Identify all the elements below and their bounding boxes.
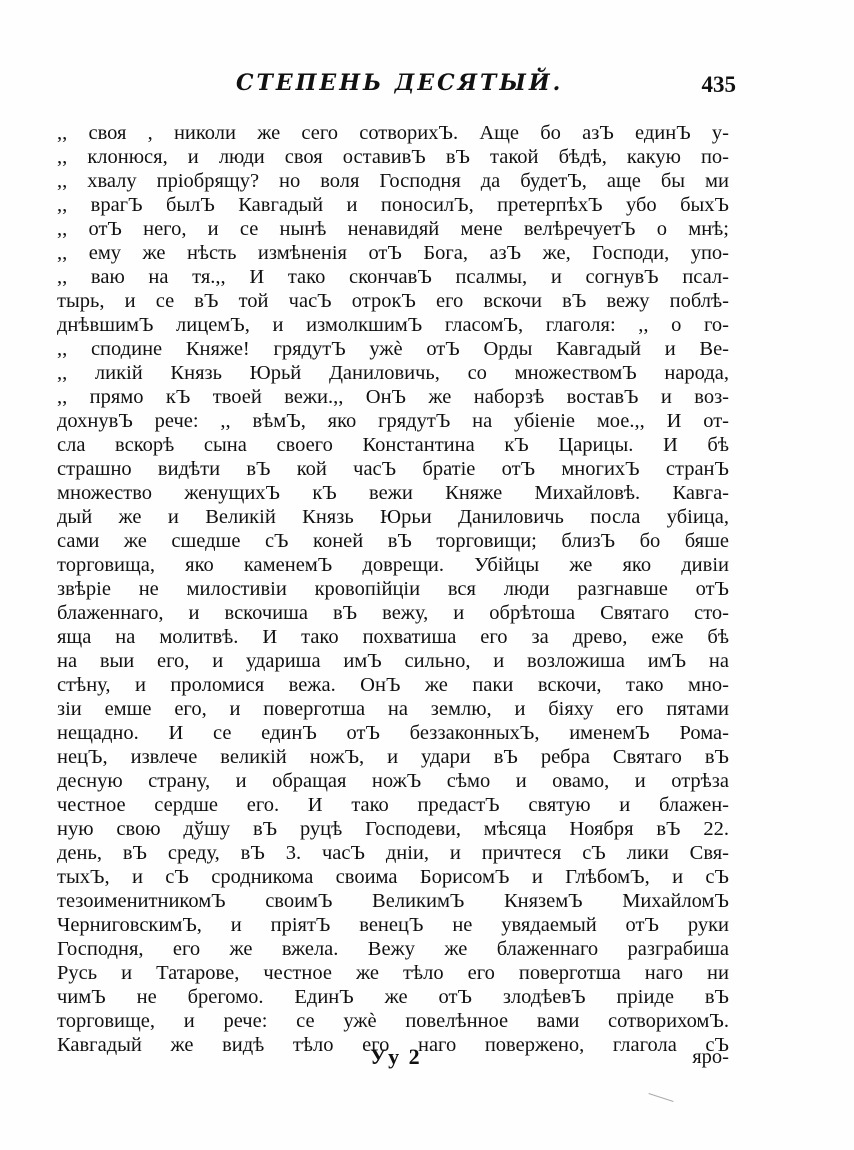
body-text: ,, своя , николи же сего сотворихЪ. Аще … bbox=[57, 121, 729, 1057]
text-line: блаженнаго, и вскочиша вЪ вежу, и обрѣто… bbox=[57, 601, 729, 625]
text-line: нещадно. И се единЪ отЪ беззаконныхЪ, им… bbox=[57, 721, 729, 745]
text-line: десную страну, и обращая ножЪ сѣмо и ова… bbox=[57, 769, 729, 793]
text-line: дый же и Великій Князь Юрьи Даниловичь п… bbox=[57, 505, 729, 529]
text-line: дохнувЪ рече: ,, вѣмЪ, яко грядутЪ на уб… bbox=[57, 409, 729, 433]
scan-speck bbox=[648, 1093, 673, 1102]
text-line: ,, ликій Князь Юрьй Даниловичь, со множе… bbox=[57, 361, 729, 385]
text-line: тырь, и се вЪ той часЪ отрокЪ его вскочи… bbox=[57, 289, 729, 313]
text-line: Русь и Татарове, честное же тѣло его пов… bbox=[57, 961, 729, 985]
running-title: СТЕПЕНЬ ДЕСЯТЫЙ. bbox=[236, 70, 563, 96]
text-line: множество женущихЪ кЪ вежи Княже Михайло… bbox=[57, 481, 729, 505]
text-line: тезоименитникомЪ своимЪ ВеликимЪ КняземЪ… bbox=[57, 889, 729, 913]
book-page: СТЕПЕНЬ ДЕСЯТЫЙ. 435 ,, своя , николи же… bbox=[0, 0, 854, 1150]
text-line: сами же сшедше сЪ коней вЪ торговищи; бл… bbox=[57, 529, 729, 553]
text-line: Господня, его же вжела. Вежу же блаженна… bbox=[57, 937, 729, 961]
text-line: день, вЪ среду, вЪ 3. часЪ дніи, и причт… bbox=[57, 841, 729, 865]
text-line: ,, ваю на тя.,, И тако скончавЪ псалмы, … bbox=[57, 265, 729, 289]
text-line: ,, ему же нѣсть измѣненія отЪ Бога, азЪ … bbox=[57, 241, 729, 265]
text-line: ную свою дўшу вЪ руцѣ Господеви, мѣсяца … bbox=[57, 817, 729, 841]
running-head: СТЕПЕНЬ ДЕСЯТЫЙ. 435 bbox=[236, 70, 736, 104]
text-line: ,, хвалу пріобрящу? но воля Господня да … bbox=[57, 169, 729, 193]
text-line: ,, сподине Княже! грядутЪ ужè отЪ Орды К… bbox=[57, 337, 729, 361]
text-line: ЧерниговскимЪ, и пріятЪ венецЪ не увядае… bbox=[57, 913, 729, 937]
text-line: ,, отЪ него, и се нынѣ ненавидяй мене ве… bbox=[57, 217, 729, 241]
catchword: яро- bbox=[692, 1046, 729, 1069]
text-line: яща на молитвѣ. И тако похватиша его за … bbox=[57, 625, 729, 649]
signature-mark: Уу 2 bbox=[370, 1044, 422, 1070]
text-line: стѣну, и проломися вежа. ОнЪ же паки вск… bbox=[57, 673, 729, 697]
text-line: ,, врагЪ былЪ Кавгадый и поносилЪ, прете… bbox=[57, 193, 729, 217]
text-line: сла вскорѣ сына своего Константина кЪ Ца… bbox=[57, 433, 729, 457]
text-line: ,, прямо кЪ твоей вежи.,, ОнЪ же наборзѣ… bbox=[57, 385, 729, 409]
text-line: ,, клонюся, и люди своя оставивЪ вЪ тако… bbox=[57, 145, 729, 169]
text-line: торговище, и рече: се ужè повелѣнное вам… bbox=[57, 1009, 729, 1033]
page-number: 435 bbox=[702, 72, 737, 98]
text-line: днѣвшимЪ лицемЪ, и измолкшимЪ гласомЪ, г… bbox=[57, 313, 729, 337]
text-line: торговища, яко каменемЪ доврещи. Убійцы … bbox=[57, 553, 729, 577]
text-line: на выи его, и удариша имЪ сильно, и возл… bbox=[57, 649, 729, 673]
text-line: ,, своя , николи же сего сотворихЪ. Аще … bbox=[57, 121, 729, 145]
text-line: тыхЪ, и сЪ сродникома своима БорисомЪ и … bbox=[57, 865, 729, 889]
text-line: честное сердше его. И тако предастЪ свят… bbox=[57, 793, 729, 817]
text-line: зіи емше его, и поверготша на землю, и б… bbox=[57, 697, 729, 721]
text-line: чимЪ не брегомо. ЕдинЪ же отЪ злодѣевЪ п… bbox=[57, 985, 729, 1009]
text-line: нецЪ, извлече великій ножЪ, и удари вЪ р… bbox=[57, 745, 729, 769]
text-line: звѣріе не милостивіи кровопійціи вся люд… bbox=[57, 577, 729, 601]
page-footer: Уу 2 яро- bbox=[57, 1044, 729, 1074]
text-line: страшно видѣти вЪ кой часЪ братіе отЪ мн… bbox=[57, 457, 729, 481]
